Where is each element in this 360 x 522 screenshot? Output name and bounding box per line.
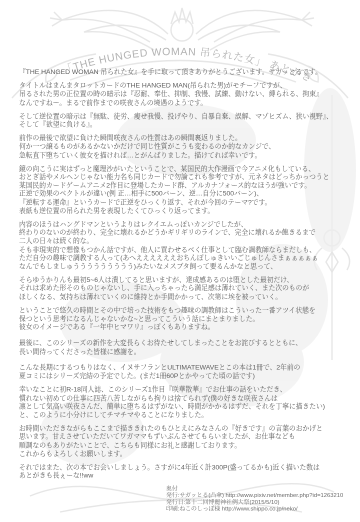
colophon: 奥付 発行:サガッとる(凸傘) http://www.pixiv.net/mem… — [166, 485, 358, 512]
text-line: 『THE HANGED WOMAN 吊られた女』を手に取って頂きありがとうござい… — [19, 68, 358, 76]
text-line: それではまた、次の本でお会いしましょう。さすがに4年近く計300P(盛ってるかも… — [19, 463, 358, 471]
text-line: 幸いなことに初R-18同人誌、このシリーズ1作目『咲華散華』でお仕事の話をいただ… — [19, 385, 358, 393]
paragraph: こんな長期にするつもりはなく、イヌサフランとULTIMATEWAVEとこの本は1… — [19, 363, 358, 380]
text-line: 表紙も逆位置の吊られた男を表現したくてひっくり返ってます。 — [19, 207, 358, 215]
paragraph: お時間いただきながらもここまで描ききれたのもひとえにみなさんの『好きです』の言葉… — [19, 424, 358, 458]
text-line: こんな長期にするつもりはなく、イヌサフランとULTIMATEWAVEとこの本は1… — [19, 363, 358, 371]
afterword-page: 「THE HUNGED WOMAN 吊られた女」 あとがき 『THE HANGE… — [0, 0, 360, 522]
text-line: そして逆位置の暗示は『無駄、徒労、痩せ我慢、投げやり、自暴自棄、誤解、マゾヒズム… — [19, 112, 358, 120]
text-line: これからもよろしくお願いします。 — [19, 450, 358, 458]
text-line: 『逆転する運命』というカードで正逆をひっくり返す、それが今回のテーマ?です。 — [19, 198, 358, 206]
text-line: お時間いただきながらもここまで描ききれたのもひとえにみなさんの『好きです』の言葉… — [19, 424, 358, 432]
text-line: 彼女のイメージである『一年中ヒマワリ』っぽくもありますね。 — [19, 323, 358, 331]
text-line: 吊るされた男の正位置の時の暗示は『忍耐、奉仕、抑制、我慢、試練、動けない、縛られ… — [19, 90, 358, 98]
paragraph: それではまた、次の本でお会いしましょう。さすがに4年近く計300P(盛ってるかも… — [19, 463, 358, 480]
colophon-lines: 発行:サガッとる(凸傘) http://www.pixiv.net/member… — [166, 492, 358, 512]
paragraph: そらゆうかりんも最初5~6人は潰してると思いますが、達成感あるのは堕とした最初だ… — [19, 276, 358, 301]
text-line: ただ自分の趣味で調教する人って(あへええええええおちんぽしゅきいいごじゅじんさま… — [19, 254, 358, 262]
text-line: 順調なのもありがたいことで、こちらも同様にお礼と感謝しております。 — [19, 441, 358, 449]
paragraphs: 『THE HANGED WOMAN 吊られた女』を手に取って頂きありがとうござい… — [19, 68, 358, 480]
paragraph: 鏡の向こうに実はずっと魔理沙がいたということで、某国民的大作漫画で今アニメ化もし… — [19, 165, 358, 215]
text-line: そして『欲望に負ける』。 — [19, 121, 358, 129]
text-line: ほしくなる、気持ちは薄れていくのに維持とか手間かかって、次第に埃を被っていく。 — [19, 293, 358, 301]
text-line: なんですねー。まるで前作までの咲夜さんの境遇のようです。 — [19, 98, 358, 106]
text-line: 長い間待ってくださった皆様に感謝を。 — [19, 348, 358, 356]
text-line: 急転直下堕ちていく彼女を描ければ…とがんばりました。描けてれば幸いです。 — [19, 151, 358, 159]
paragraph: 最後に、このシリーズの新作を大変長らくお待たせしてしまったことをお詫びするととも… — [19, 339, 358, 356]
left-wing-icon — [62, 11, 168, 42]
paragraph: 前作の最後で欲望に負けた瞬間咲夜さんの性質はあの瞬間裏返りました。何か一つ譲るも… — [19, 134, 358, 159]
text-line: おとぎ話やメルヘンじゃない能力名も同じカードで勿論これも参考ですが、元ネタはどっ… — [19, 173, 358, 181]
text-line: ということで悠久の時間とその中で培った技術をもつ趣味の調教師はこういった一番アツ… — [19, 306, 358, 314]
afterword-text: 『THE HANGED WOMAN 吊られた女』を手に取って頂きありがとうござい… — [19, 68, 358, 512]
text-line: 内容のほうはハングドマンというよりはレクイエムっぽいカンジでしたが、 — [19, 220, 358, 228]
text-line: と、このように小分けにしてチマチマやることになりました。 — [19, 411, 358, 419]
text-line: 思います。甘えさせていただいてワガママもずいぶんさせてもらいましたが、お仕事など… — [19, 433, 358, 441]
text-line: そも非現実的で想像もつかん話ですが、他人に買わせるべく仕事として臨む調教師ならま… — [19, 245, 358, 253]
text-line: それは求めた形そのものじゃないし、手に入っちゃったら満足感は薄れていく、また次の… — [19, 284, 358, 292]
colophon-line: 印刷:ねこのしっぽ様 http://www.shippo.co.jp/neko/ — [166, 505, 358, 512]
text-line: あとがきも長ぇーな!!ww — [19, 472, 358, 480]
paragraph: タイトルはまんまタロットカードのTHE HANGED MAN(吊られた男)がモチ… — [19, 82, 358, 107]
text-line: 二人の日々は続く的な。 — [19, 237, 358, 245]
paragraph: ということで悠久の時間とその中で培った技術をもつ趣味の調教師はこういった一番アツ… — [19, 306, 358, 331]
text-line: 凛として気高い咲夜さんだ、簡単に堕ちるはずがない、時間がかかるはずだ、それを丁寧… — [19, 402, 358, 410]
text-line: 正逆で効果のベクトルが違い(例 正…相手に500バーン、逆…自分に500バーン)… — [19, 190, 358, 198]
paragraph: 幸いなことに初R-18同人誌、このシリーズ1作目『咲華散華』でお仕事の話をいただ… — [19, 385, 358, 419]
text-line: 慣れない初めての仕事に四苦八苦しながらも拘りは捨てられず(僕の好きな咲夜さんは — [19, 394, 358, 402]
paragraph: そして逆位置の暗示は『無駄、徒労、痩せ我慢、投げやり、自暴自棄、誤解、マゾヒズム… — [19, 112, 358, 129]
medallion-icon — [171, 19, 193, 41]
right-wing-icon — [196, 11, 302, 42]
text-line: 何か一つ譲るものがあるかないかだけで同じ性質がこうも変わるのか的なカンジで、 — [19, 143, 358, 151]
text-line: 夏コミにはシリーズ完結の予定でした。(まだ1冊60Pとかやってた頃の話です) — [19, 372, 358, 380]
paragraph: 『THE HANGED WOMAN 吊られた女』を手に取って頂きありがとうござい… — [19, 68, 358, 76]
paragraph: 内容のほうはハングドマンというよりはレクイエムっぽいカンジでしたが、終わりのない… — [19, 220, 358, 270]
text-line: なんでもしましゅううううううううう)みたいなメスブタ飼って要るんかなと思って、 — [19, 262, 358, 270]
text-line: 鏡の向こうに実はずっと魔理沙がいたということで、某国民的大作漫画で今アニメ化もし… — [19, 165, 358, 173]
text-line: 保つという思考になるんじゃないかな~と思ってこういう話にまとまりました。 — [19, 315, 358, 323]
text-line: 最後に、このシリーズの新作を大変長らくお待たせしてしまったことをお詫びするととも… — [19, 339, 358, 347]
